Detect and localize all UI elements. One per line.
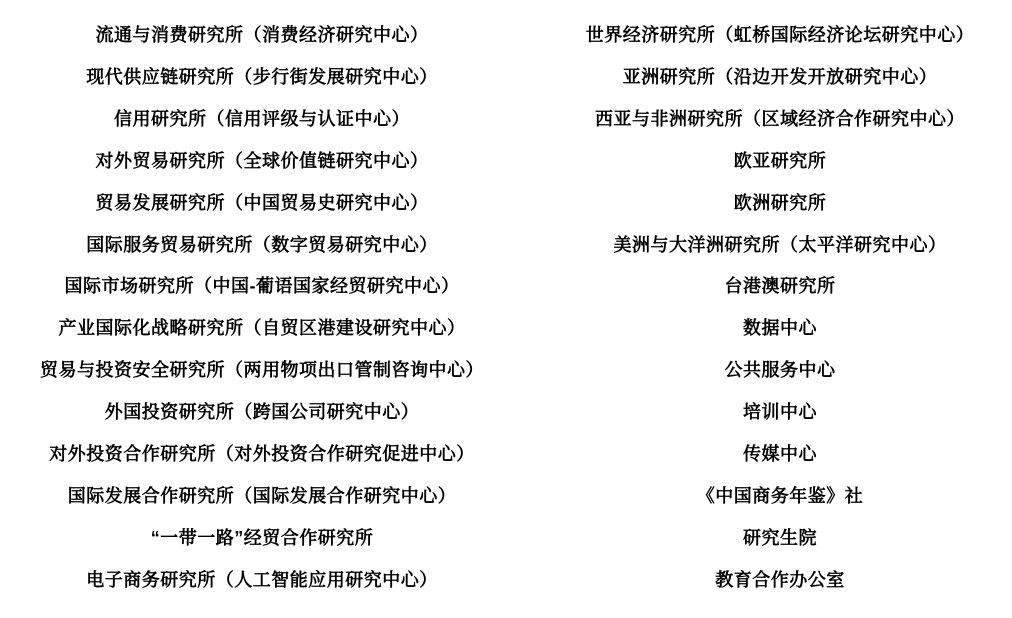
list-item: 贸易发展研究所（中国贸易史研究中心） [0,181,524,223]
list-item: 《中国商务年鉴》社 [556,474,1004,516]
list-item: 国际发展合作研究所（国际发展合作研究中心） [0,474,524,516]
list-item: 美洲与大洋洲研究所（太平洋研究中心） [556,223,1004,265]
list-item: 欧洲研究所 [556,181,1004,223]
list-item: “一带一路”经贸合作研究所 [0,516,524,558]
list-item: 教育合作办公室 [556,558,1004,600]
list-item: 世界经济研究所（虹桥国际经济论坛研究中心） [556,13,1004,55]
list-item: 公共服务中心 [556,348,1004,390]
list-item: 产业国际化战略研究所（自贸区港建设研究中心） [0,306,524,348]
list-item: 欧亚研究所 [556,139,1004,181]
list-item: 国际服务贸易研究所（数字贸易研究中心） [0,223,524,265]
list-item: 国际市场研究所（中国-葡语国家经贸研究中心） [0,265,524,307]
list-item: 对外投资合作研究所（对外投资合作研究促进中心） [0,432,524,474]
list-item: 电子商务研究所（人工智能应用研究中心） [0,558,524,600]
list-item: 现代供应链研究所（步行街发展研究中心） [0,55,524,97]
list-item: 对外贸易研究所（全球价值链研究中心） [0,139,524,181]
list-item: 信用研究所（信用评级与认证中心） [0,97,524,139]
list-item: 培训中心 [556,390,1004,432]
department-list-left-column: 流通与消费研究所（消费经济研究中心） 现代供应链研究所（步行街发展研究中心） 信… [0,13,524,600]
list-item: 数据中心 [556,306,1004,348]
list-item: 流通与消费研究所（消费经济研究中心） [0,13,524,55]
list-item: 外国投资研究所（跨国公司研究中心） [0,390,524,432]
list-item: 西亚与非洲研究所（区域经济合作研究中心） [556,97,1004,139]
department-list-right-column: 世界经济研究所（虹桥国际经济论坛研究中心） 亚洲研究所（沿边开发开放研究中心） … [556,13,1004,600]
department-list-page: 流通与消费研究所（消费经济研究中心） 现代供应链研究所（步行街发展研究中心） 信… [0,0,1012,618]
list-item: 亚洲研究所（沿边开发开放研究中心） [556,55,1004,97]
list-item: 研究生院 [556,516,1004,558]
list-item: 传媒中心 [556,432,1004,474]
list-item: 贸易与投资安全研究所（两用物项出口管制咨询中心） [0,348,524,390]
list-item: 台港澳研究所 [556,265,1004,307]
